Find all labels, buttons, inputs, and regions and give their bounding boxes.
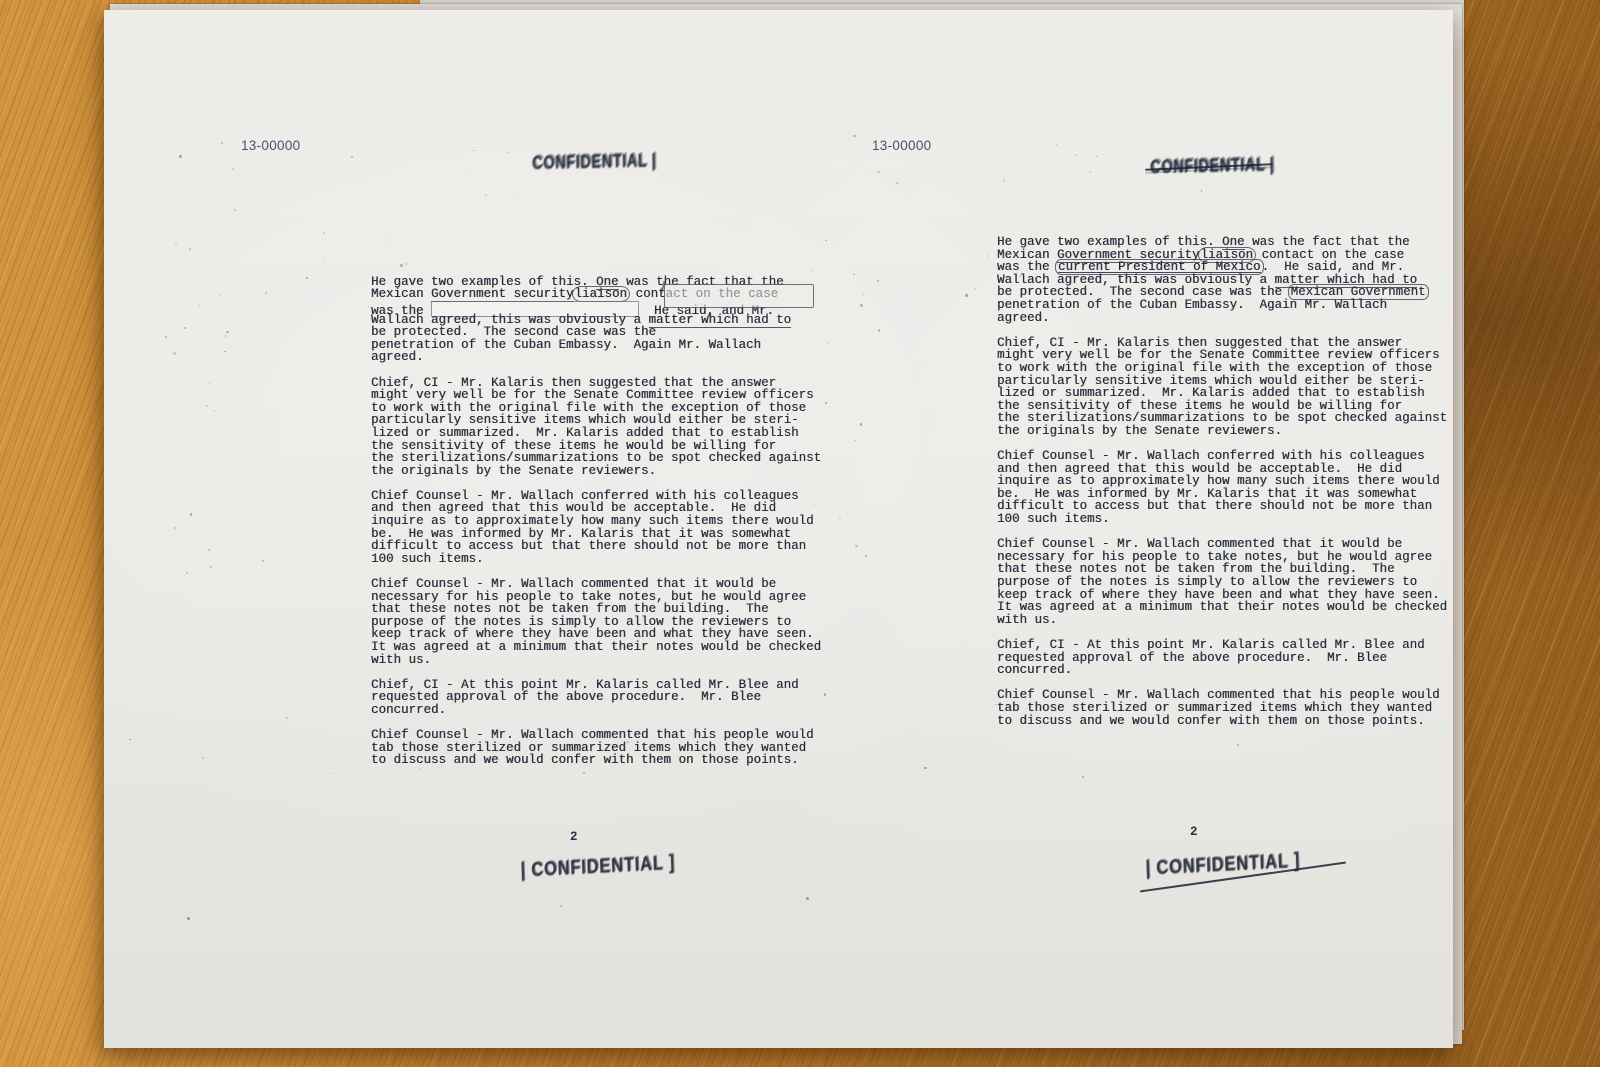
- text-line: the originals by the Senate reviewers.: [371, 465, 831, 478]
- text-segment: with us.: [997, 613, 1057, 627]
- photocopy-speck: [1089, 171, 1091, 173]
- document-sheet: 13-00000 CONFIDENTIAL | He gave two exam…: [104, 10, 1453, 1048]
- photocopy-speck: [1096, 156, 1098, 158]
- photocopy-speck: [184, 327, 186, 329]
- desk-photo: 13-00000 CONFIDENTIAL | He gave two exam…: [0, 0, 1600, 1067]
- document-number: 13-00000: [872, 138, 931, 153]
- redaction-box-large: [664, 284, 814, 308]
- photocopy-speck: [825, 240, 826, 241]
- text-segment: concurred.: [997, 663, 1072, 677]
- text-segment: Mexican: [371, 287, 431, 301]
- photocopy-speck: [485, 194, 487, 196]
- text-segment: with us.: [371, 653, 431, 667]
- photocopy-speck: [974, 288, 976, 290]
- paragraph: Chief Counsel - Mr. Wallach conferred wi…: [371, 490, 831, 566]
- photocopy-speck: [824, 693, 826, 695]
- confidential-stamp-bottom: | CONFIDENTIAL ]: [520, 852, 675, 883]
- text-line: concurred.: [371, 704, 831, 717]
- confidential-stamp-bottom: | CONFIDENTIAL ]: [1145, 850, 1300, 881]
- paragraph: Chief, CI - At this point Mr. Kalaris ca…: [371, 679, 831, 717]
- photocopy-speck: [1019, 275, 1021, 277]
- photocopy-speck: [214, 410, 215, 411]
- photocopy-speck: [1202, 171, 1203, 172]
- photocopy-speck: [551, 155, 552, 156]
- photocopy-speck: [911, 337, 912, 338]
- text-line: penetration of the Cuban Embassy. Again …: [997, 299, 1457, 312]
- paragraph: Chief Counsel - Mr. Wallach commented th…: [997, 538, 1457, 626]
- photocopy-speck: [469, 761, 471, 763]
- photocopy-speck: [896, 182, 898, 184]
- text-line: 100 such items.: [997, 513, 1457, 526]
- page-scan-left: 13-00000 CONFIDENTIAL | He gave two exam…: [241, 138, 841, 938]
- text-segment: to discuss and we would confer with them…: [371, 753, 799, 767]
- photocopy-speck: [583, 772, 585, 774]
- paragraph: Chief Counsel - Mr. Wallach commented th…: [371, 578, 831, 666]
- paragraph: Chief, CI - At this point Mr. Kalaris ca…: [997, 639, 1457, 677]
- photocopy-speck: [1237, 744, 1239, 746]
- text-line: with us.: [997, 614, 1457, 627]
- text-segment: agreed.: [997, 311, 1050, 325]
- text-segment: the originals by the Senate reviewers.: [371, 464, 656, 478]
- text-line: It was agreed at a minimum that their no…: [997, 601, 1457, 614]
- photocopy-speck: [987, 255, 988, 256]
- text-line: It was agreed at a minimum that their no…: [371, 641, 831, 654]
- annotated-text-segment: liaison: [572, 286, 631, 302]
- text-segment: 100 such items.: [997, 512, 1110, 526]
- photocopy-speck: [560, 905, 562, 907]
- photocopy-speck: [208, 549, 210, 551]
- photocopy-speck: [323, 232, 325, 234]
- photocopy-speck: [400, 264, 402, 266]
- photocopy-speck: [186, 572, 188, 574]
- photocopy-speck: [827, 343, 829, 345]
- photocopy-speck: [265, 292, 267, 294]
- photocopy-speck: [1160, 168, 1161, 169]
- photocopy-speck: [965, 294, 967, 296]
- photocopy-speck: [189, 248, 191, 250]
- text-segment: 100 such items.: [371, 552, 484, 566]
- photocopy-speck: [173, 352, 176, 355]
- page-number: 2: [1190, 825, 1198, 839]
- text-line: with us.: [371, 654, 831, 667]
- text-segment: penetration of the Cuban Embassy. Again …: [371, 338, 761, 352]
- text-segment: to discuss and we would confer with them…: [997, 714, 1425, 728]
- photocopy-speck: [286, 717, 288, 719]
- page-scan-right: 13-00000 CONFIDENTIAL | He gave two exam…: [869, 136, 1469, 936]
- photocopy-speck: [199, 305, 200, 306]
- text-line: agreed.: [371, 351, 831, 364]
- photocopy-speck: [190, 513, 192, 515]
- paragraph: Chief, CI - Mr. Kalaris then suggested t…: [997, 337, 1457, 438]
- text-segment: penetration of the Cuban Embassy. Again …: [997, 298, 1387, 312]
- photocopy-speck: [995, 704, 996, 705]
- text-line: agreed.: [997, 312, 1457, 325]
- paragraph: Chief Counsel - Mr. Wallach commented th…: [371, 729, 831, 767]
- text-line: the originals by the Senate reviewers.: [997, 425, 1457, 438]
- photocopy-speck: [226, 331, 228, 333]
- text-line: concurred.: [997, 664, 1457, 677]
- photocopy-speck: [221, 142, 223, 144]
- text-segment: the originals by the Senate reviewers.: [997, 424, 1282, 438]
- text-line: to discuss and we would confer with them…: [997, 715, 1457, 728]
- photocopy-speck: [877, 171, 879, 173]
- photocopy-speck: [179, 155, 182, 158]
- text-segment: It was agreed at a minimum that their no…: [997, 600, 1447, 614]
- page-body: He gave two examples of this. One was th…: [371, 238, 831, 780]
- page-number: 2: [570, 830, 578, 844]
- paragraph: Chief Counsel - Mr. Wallach commented th…: [997, 689, 1457, 727]
- photocopy-speck: [825, 402, 826, 403]
- photocopy-speck: [855, 545, 857, 547]
- photocopy-speck: [1082, 776, 1084, 778]
- text-segment: agreed.: [371, 350, 424, 364]
- photocopy-speck: [187, 917, 190, 920]
- photocopy-speck: [224, 351, 225, 352]
- page-body: He gave two examples of this. One was th…: [997, 236, 1457, 740]
- paragraph: Chief, CI - Mr. Kalaris then suggested t…: [371, 377, 831, 478]
- text-line: penetration of the Cuban Embassy. Again …: [371, 339, 831, 352]
- photocopy-speck: [175, 242, 177, 244]
- photocopy-speck: [860, 304, 862, 306]
- document-number: 13-00000: [241, 138, 300, 153]
- photocopy-speck: [234, 209, 236, 211]
- photocopy-speck: [1075, 154, 1077, 156]
- annotated-text-segment: matter which had to: [649, 313, 792, 328]
- text-segment: It was agreed at a minimum that their no…: [371, 640, 821, 654]
- text-segment: concurred.: [371, 703, 446, 717]
- text-line: 100 such items.: [371, 553, 831, 566]
- photocopy-speck: [860, 423, 862, 425]
- paragraph: Chief Counsel - Mr. Wallach conferred wi…: [997, 450, 1457, 526]
- photocopy-speck: [806, 897, 809, 900]
- text-line: to discuss and we would confer with them…: [371, 754, 831, 767]
- photocopy-speck: [306, 277, 308, 279]
- photocopy-speck: [405, 263, 407, 265]
- photocopy-speck: [517, 196, 518, 197]
- paragraph: He gave two examples of this. One was th…: [997, 236, 1457, 324]
- photocopy-speck: [627, 741, 629, 743]
